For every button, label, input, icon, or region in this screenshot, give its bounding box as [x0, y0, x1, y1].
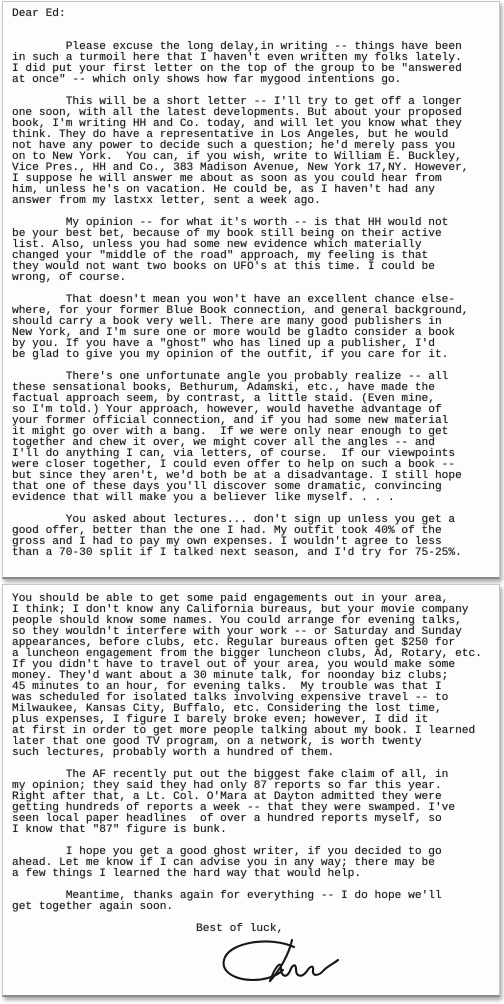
letter-scan: Dear Ed: Please excuse the long delay,in… — [0, 0, 504, 998]
paragraph: That doesn't mean you won't have an exce… — [12, 295, 490, 361]
letter-page-2: You should be able to get some paid enga… — [2, 584, 500, 997]
paragraph: Meantime, thanks again for everything --… — [12, 891, 490, 913]
paragraph: You should be able to get some paid enga… — [12, 594, 490, 759]
signature-scrawl-icon — [212, 935, 490, 985]
paragraph: This will be a short letter -- I'll try … — [12, 97, 490, 207]
paragraph: Please excuse the long delay,in writing … — [12, 42, 490, 86]
paragraph: You asked about lectures... don't sign u… — [12, 515, 490, 559]
closing: Best of luck, — [196, 924, 490, 935]
paragraph: I hope you get a good ghost writer, if y… — [12, 847, 490, 880]
letter-page-1: Dear Ed: Please excuse the long delay,in… — [2, 1, 500, 579]
paragraph: There's one unfortunate angle you probab… — [12, 372, 490, 504]
paragraph: My opinion -- for what it's worth -- is … — [12, 218, 490, 284]
paragraph: The AF recently put out the biggest fake… — [12, 770, 490, 836]
salutation: Dear Ed: — [12, 9, 490, 20]
